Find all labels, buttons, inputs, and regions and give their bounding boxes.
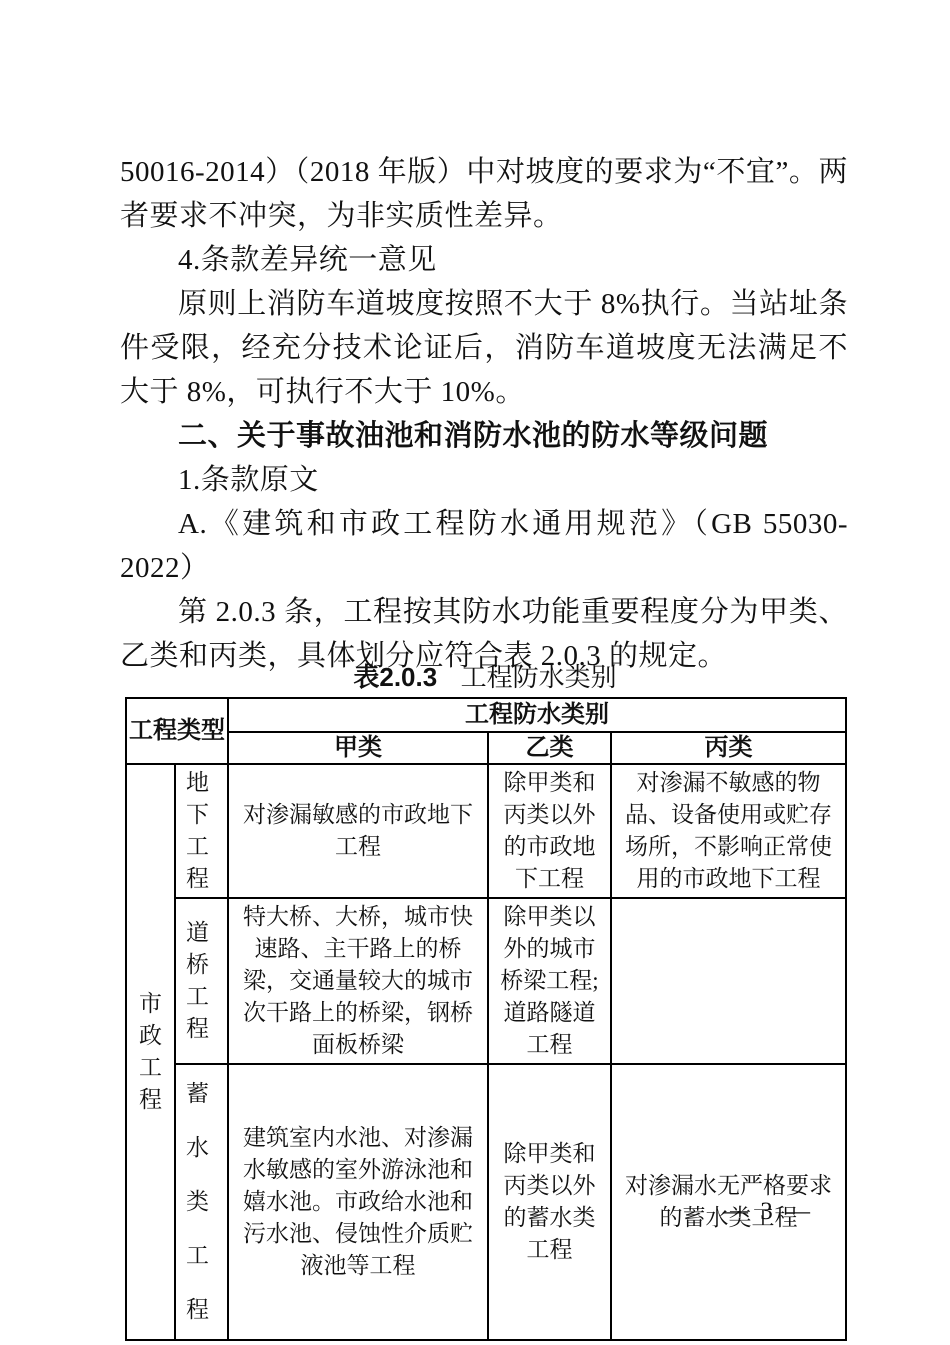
header-class-a: 甲类 xyxy=(228,732,488,764)
cell-underground-class-c: 对渗漏不敏感的物品、设备使用或贮存场所，不影响正常使用的市政地下工程 xyxy=(611,764,846,898)
cell-underground-class-a: 对渗漏敏感的市政地下工程 xyxy=(228,764,488,898)
body-text-block: 50016-2014）（2018 年版）中对坡度的要求为“不宜”。两者要求不冲突… xyxy=(120,150,848,678)
table-row-roadbridge: 道桥 工程 特大桥、大桥，城市快速路、主干路上的桥梁，交通量较大的城市次干路上的… xyxy=(126,898,846,1064)
row-group-municipal: 市 政 工 程 xyxy=(126,764,175,1340)
paragraph-opinion: 原则上消防车道坡度按照不大于 8%执行。当站址条件受限，经充分技术论证后，消防车… xyxy=(120,282,848,414)
header-project-type: 工程类型 xyxy=(126,698,228,764)
type-roadbridge: 道桥 工程 xyxy=(175,898,228,1064)
cell-roadbridge-class-c xyxy=(611,898,846,1064)
type-underground: 地下 工程 xyxy=(175,764,228,898)
item-4-heading: 4.条款差异统一意见 xyxy=(120,238,848,282)
cell-roadbridge-class-b: 除甲类以外的城市桥梁工程;道路隧道工程 xyxy=(488,898,611,1064)
page-number: — 3 — xyxy=(723,1198,813,1226)
table-caption-title: 工程防水类别 xyxy=(461,663,617,692)
section-heading: 二、关于事故油池和消防水池的防水等级问题 xyxy=(120,414,848,458)
table-header-row-2: 甲类 乙类 丙类 xyxy=(126,732,846,764)
table-header-row-1: 工程类型 工程防水类别 xyxy=(126,698,846,732)
type-waterstorage: 蓄水 类工 程 xyxy=(175,1064,228,1340)
cell-roadbridge-class-a: 特大桥、大桥，城市快速路、主干路上的桥梁，交通量较大的城市次干路上的桥梁，钢桥面… xyxy=(228,898,488,1064)
paragraph-continuation: 50016-2014）（2018 年版）中对坡度的要求为“不宜”。两者要求不冲突… xyxy=(120,150,848,238)
table-caption-number: 表2.0.3 xyxy=(353,662,437,692)
reference-a: A.《建筑和市政工程防水通用规范》（GB 55030-2022） xyxy=(120,502,848,590)
header-class-c: 丙类 xyxy=(611,732,846,764)
header-group-label: 工程防水类别 xyxy=(228,698,846,732)
cell-waterstorage-class-b: 除甲类和丙类以外的蓄水类工程 xyxy=(488,1064,611,1340)
waterproof-class-table: 工程类型 工程防水类别 甲类 乙类 丙类 市 政 工 程 地下 工程 对渗漏敏感… xyxy=(125,697,847,1341)
cell-waterstorage-class-a: 建筑室内水池、对渗漏水敏感的室外游泳池和嬉水池。市政给水池和污水池、侵蚀性介质贮… xyxy=(228,1064,488,1340)
table-caption: 表2.0.3工程防水类别 xyxy=(125,660,845,695)
header-class-b: 乙类 xyxy=(488,732,611,764)
item-1-heading: 1.条款原文 xyxy=(120,458,848,502)
table-row-underground: 市 政 工 程 地下 工程 对渗漏敏感的市政地下工程 除甲类和丙类以外的市政地下… xyxy=(126,764,846,898)
cell-underground-class-b: 除甲类和丙类以外的市政地下工程 xyxy=(488,764,611,898)
document-page: 50016-2014）（2018 年版）中对坡度的要求为“不宜”。两者要求不冲突… xyxy=(0,0,950,1345)
